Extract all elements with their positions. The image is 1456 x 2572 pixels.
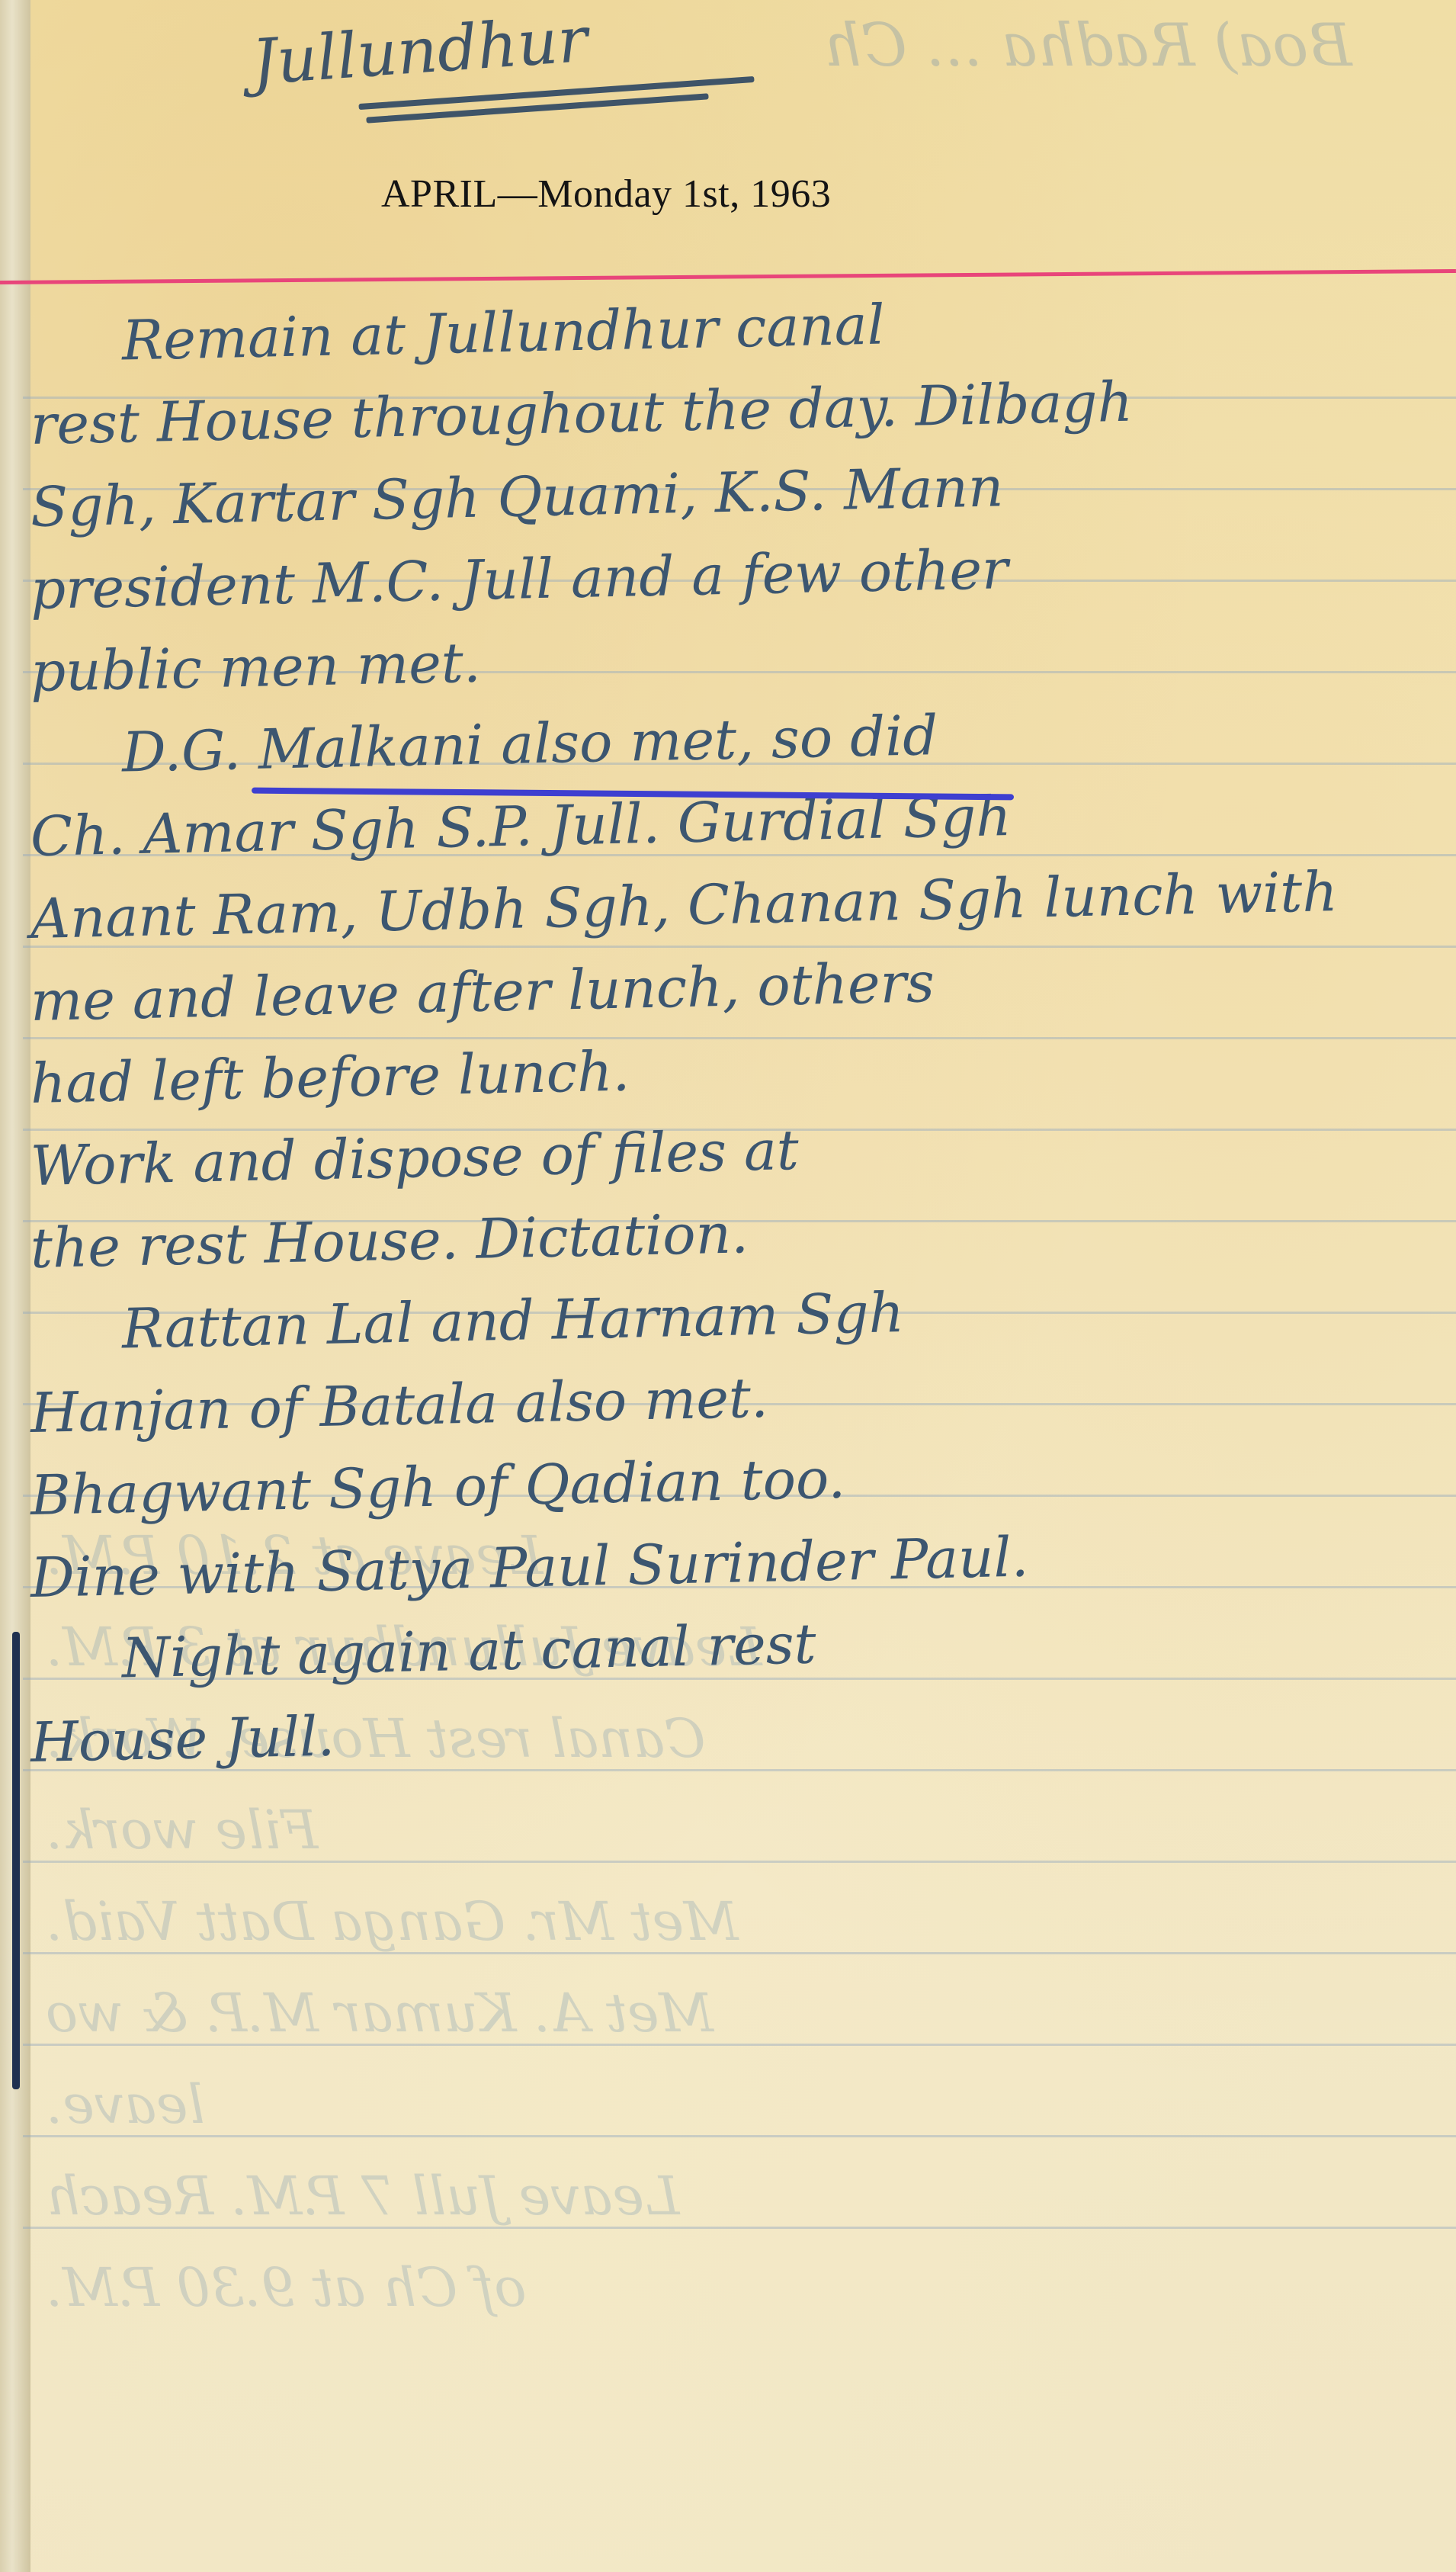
place-underline (366, 93, 708, 123)
binding-edge (12, 1632, 20, 2089)
place-heading: Jullundhur (249, 4, 590, 100)
diary-entry: Remain at Jullundhur canal rest House th… (30, 301, 1433, 1784)
printed-date-heading: APRIL—Monday 1st, 1963 (381, 172, 831, 217)
bleed-line: of Ch at 9.30 P.M. (46, 2242, 1418, 2333)
bleed-line: File work. (46, 1784, 1418, 1876)
bleed-line: leave. (46, 2059, 1418, 2150)
bleed-line: Met A. Kumar M.P. & wo (46, 1967, 1418, 2059)
diary-page: Boa) Radha ... Ch Jullundhur APRIL—Monda… (0, 0, 1456, 2572)
bleed-line: Leave Jull 7 P.M. Reach (46, 2150, 1418, 2242)
bleed-through-text-top: Boa) Radha ... Ch (823, 11, 1352, 80)
bleed-line: Met Mr. Ganga Datt Vaid. (46, 1876, 1418, 1967)
page-binding (0, 0, 30, 2572)
